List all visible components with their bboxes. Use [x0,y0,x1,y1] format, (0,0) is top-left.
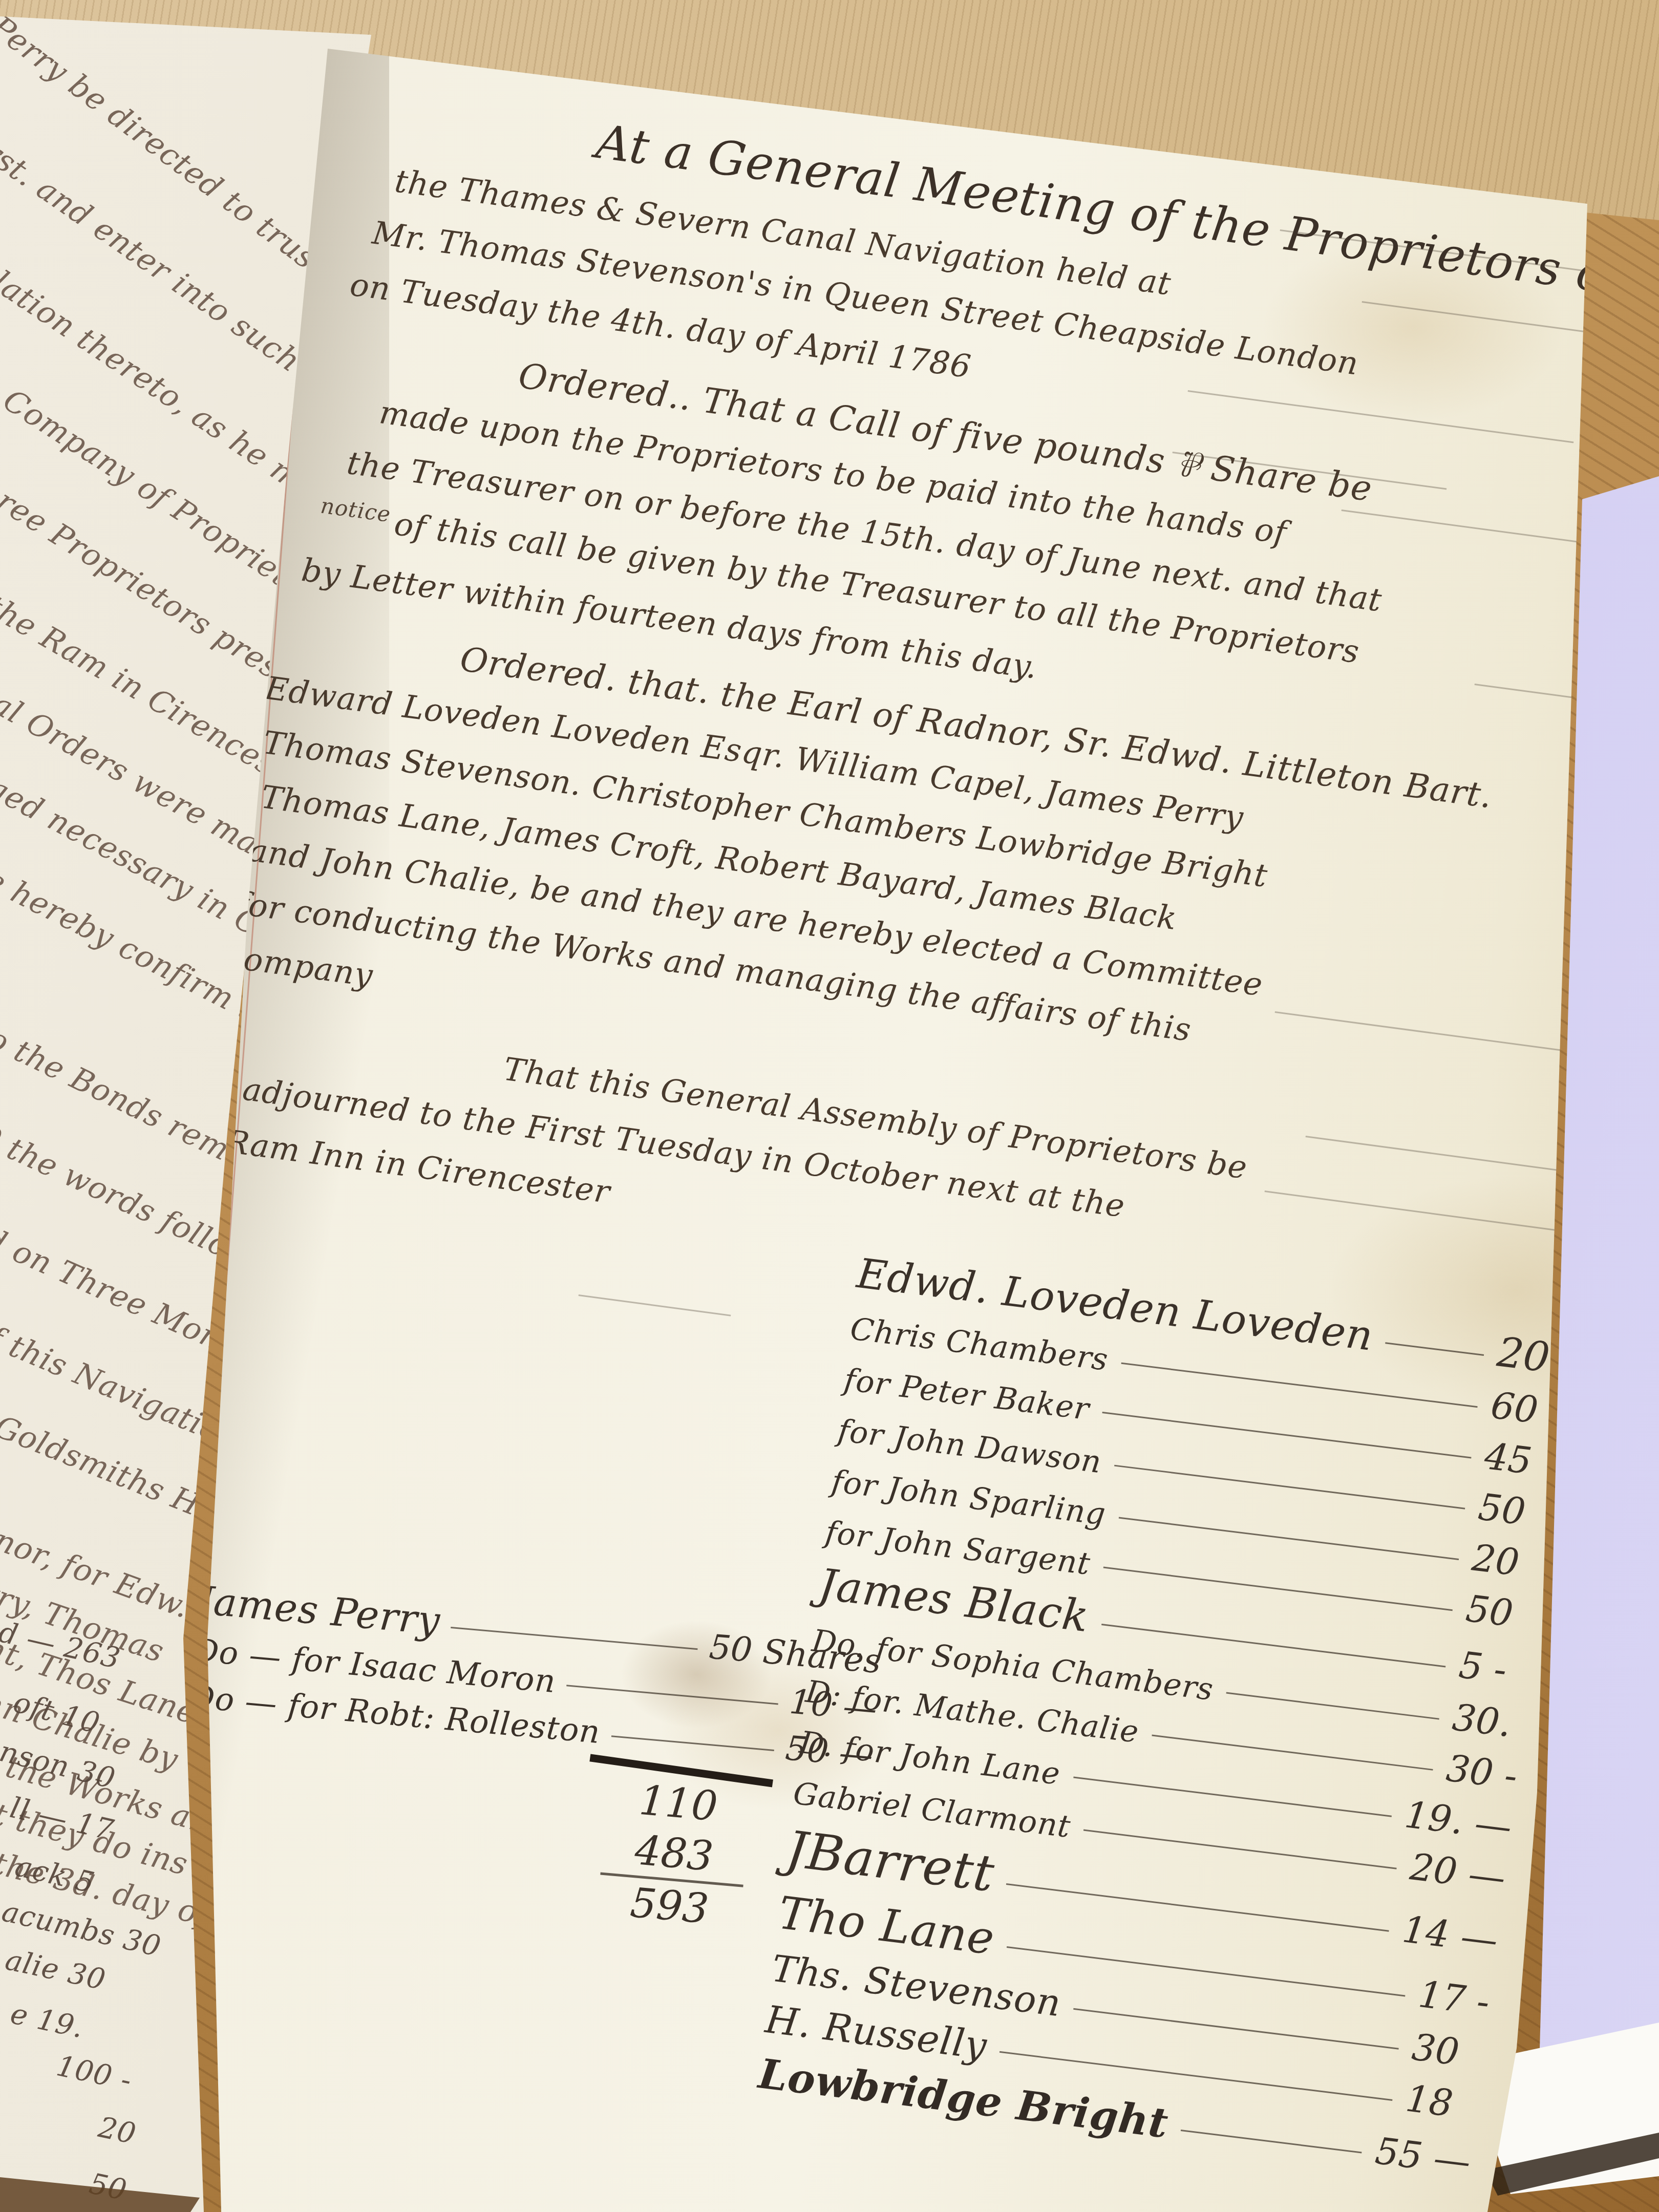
insertion-note: notice [319,493,392,527]
manuscript-photo: s Perry be directed to trus hurst. and e… [0,0,1659,2212]
ink-leader-line [1226,1692,1439,1720]
share-count: 5 - [1457,1643,1533,1694]
ink-leader-line [611,1735,774,1751]
ink-leader-line [1386,1342,1484,1356]
left-page-text-fragment: alie 30 [2,1943,109,1997]
left-page-text-fragment: 100 - [53,2049,135,2097]
share-count: 50 [1476,1485,1552,1536]
share-count: 20 — [1408,1845,1508,1899]
share-count: 30. [1450,1695,1526,1747]
perry-tally-rows: James Perry 50 Shares Do — for Isaac Mor… [187,1577,883,1775]
share-count: 18 [1403,2077,1480,2128]
minutes-text: At a General Meeting of the Proprietors … [171,66,1586,1331]
ink-leader-line [1181,2130,1362,2153]
share-count: 50 [1463,1587,1540,1638]
perry-tally-block: James Perry 50 Shares Do — for Isaac Mor… [173,1577,883,1947]
left-page-text-fragment: s Perry be directed to trus [0,0,323,276]
share-count: 30 [1410,2025,1486,2076]
ink-leader-line [1152,1734,1433,1770]
share-signature-list: Edwd. Loveden Loveden 20 Chris Chambers … [755,1249,1572,2193]
ink-leader-line [567,1685,778,1705]
share-count: 17 - [1416,1972,1493,2024]
share-count: 20 [1470,1536,1546,1587]
share-count: 14 — [1400,1907,1500,1962]
tally-share-count: 50 — [784,1728,875,1775]
left-page-text-fragment: e 19. [7,1997,87,2045]
share-count: 55 — [1373,2129,1473,2183]
tally-share-count: 10 — [788,1682,879,1729]
share-count: 19. — [1402,1793,1514,1848]
tally-share-count: 50 Shares [708,1627,883,1681]
ink-leader-line [451,1627,698,1650]
pencil-guide-line [579,1294,731,1316]
share-count: 30 - [1444,1746,1520,1797]
left-page-text-fragment: 20 [95,2111,139,2151]
